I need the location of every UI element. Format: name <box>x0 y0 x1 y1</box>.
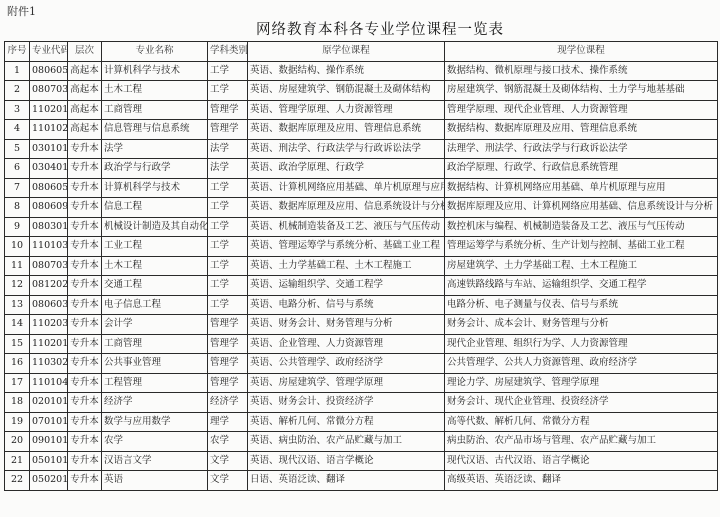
major-code-cell: 090101 <box>30 432 68 452</box>
level-cell: 专升本 <box>68 295 102 315</box>
old-degree-courses-cell: 英语、刑法学、行政法学与行政诉讼法学 <box>248 139 445 159</box>
old-degree-courses-cell: 英语、财务会计、财务管理与分析 <box>248 315 445 335</box>
row-number-cell: 11 <box>5 256 30 276</box>
level-cell: 专升本 <box>68 315 102 335</box>
major-code-cell: 080609Y <box>30 198 68 218</box>
subject-category-cell: 管理学 <box>208 373 248 393</box>
level-cell: 专升本 <box>68 354 102 374</box>
old-degree-courses-cell: 英语、企业管理、人力资源管理 <box>248 334 445 354</box>
major-name-cell: 政治学与行政学 <box>102 159 208 179</box>
header-major: 专业名称 <box>102 42 208 62</box>
document-title: 网络教育本科各专业学位课程一览表 <box>256 18 504 39</box>
table-row: 15110201专升本工商管理管理学英语、企业管理、人力资源管理现代企业管理、组… <box>5 334 718 354</box>
subject-category-cell: 管理学 <box>208 315 248 335</box>
table-row: 1080605高起本计算机科学与技术工学英语、数据结构、操作系统数据结构、微机原… <box>5 61 718 81</box>
major-name-cell: 机械设计制造及其自动化 <box>102 217 208 237</box>
major-code-cell: 030101 <box>30 139 68 159</box>
row-number-cell: 8 <box>5 198 30 218</box>
level-cell: 高起本 <box>68 100 102 120</box>
table-row: 18020101专升本经济学经济学英语、财务会计、投资经济学财务会计、现代企业管… <box>5 393 718 413</box>
table-row: 22050201专升本英语文学日语、英语泛读、翻译高级英语、英语泛读、翻译 <box>5 471 718 491</box>
major-name-cell: 工商管理 <box>102 334 208 354</box>
header-level: 层次 <box>68 42 102 62</box>
new-degree-courses-cell: 高等代数、解析几何、常微分方程 <box>445 412 718 432</box>
new-degree-courses-cell: 房屋建筑学、土力学基础工程、土木工程施工 <box>445 256 718 276</box>
subject-category-cell: 工学 <box>208 81 248 101</box>
new-degree-courses-cell: 房屋建筑学、钢筋混凝土及砌体结构、土力学与地基基础 <box>445 81 718 101</box>
old-degree-courses-cell: 英语、病虫防治、农产品贮藏与加工 <box>248 432 445 452</box>
subject-category-cell: 理学 <box>208 412 248 432</box>
major-name-cell: 法学 <box>102 139 208 159</box>
new-degree-courses-cell: 理论力学、房屋建筑学、管理学原理 <box>445 373 718 393</box>
row-number-cell: 10 <box>5 237 30 257</box>
table-row: 3110201高起本工商管理管理学英语、管理学原理、人力资源管理管理学原理、现代… <box>5 100 718 120</box>
attachment-label: 附件1 <box>7 3 36 19</box>
level-cell: 高起本 <box>68 81 102 101</box>
new-degree-courses-cell: 管理运筹学与系统分析、生产计划与控制、基础工业工程 <box>445 237 718 257</box>
level-cell: 专升本 <box>68 217 102 237</box>
level-cell: 专升本 <box>68 393 102 413</box>
new-degree-courses-cell: 数据库原理及应用、计算机网络应用基础、信息系统设计与分析 <box>445 198 718 218</box>
table-row: 16110302专升本公共事业管理管理学英语、公共管理学、政府经济学公共管理学、… <box>5 354 718 374</box>
table-row: 4110102高起本信息管理与信息系统管理学英语、数据库原理及应用、管理信息系统… <box>5 120 718 140</box>
level-cell: 高起本 <box>68 120 102 140</box>
new-degree-courses-cell: 财务会计、成本会计、财务管理与分析 <box>445 315 718 335</box>
row-number-cell: 4 <box>5 120 30 140</box>
major-code-cell: 080605 <box>30 61 68 81</box>
major-code-cell: 110102 <box>30 120 68 140</box>
table-row: 2080703高起本土木工程工学英语、房屋建筑学、钢筋混凝土及砌体结构房屋建筑学… <box>5 81 718 101</box>
table-row: 21050101专升本汉语言文学文学英语、现代汉语、语言学概论现代汉语、古代汉语… <box>5 451 718 471</box>
row-number-cell: 16 <box>5 354 30 374</box>
old-degree-courses-cell: 英语、土力学基础工程、土木工程施工 <box>248 256 445 276</box>
table-row: 6030401专升本政治学与行政学法学英语、政治学原理、行政学政治学原理、行政学… <box>5 159 718 179</box>
major-name-cell: 农学 <box>102 432 208 452</box>
major-code-cell: 080605 <box>30 178 68 198</box>
old-degree-courses-cell: 英语、管理学原理、人力资源管理 <box>248 100 445 120</box>
new-degree-courses-cell: 数控机床与编程、机械制造装备及工艺、液压与气压传动 <box>445 217 718 237</box>
subject-category-cell: 管理学 <box>208 100 248 120</box>
major-name-cell: 电子信息工程 <box>102 295 208 315</box>
subject-category-cell: 文学 <box>208 471 248 491</box>
major-name-cell: 经济学 <box>102 393 208 413</box>
new-degree-courses-cell: 数据结构、数据库原理及应用、管理信息系统 <box>445 120 718 140</box>
subject-category-cell: 文学 <box>208 451 248 471</box>
table-row: 19070101专升本数学与应用数学理学英语、解析几何、常微分方程高等代数、解析… <box>5 412 718 432</box>
table-row: 5030101专升本法学法学英语、刑法学、行政法学与行政诉讼法学法理学、刑法学、… <box>5 139 718 159</box>
row-number-cell: 5 <box>5 139 30 159</box>
major-code-cell: 110203 <box>30 315 68 335</box>
level-cell: 专升本 <box>68 178 102 198</box>
subject-category-cell: 工学 <box>208 217 248 237</box>
subject-category-cell: 工学 <box>208 61 248 81</box>
major-name-cell: 信息工程 <box>102 198 208 218</box>
major-code-cell: 110201 <box>30 334 68 354</box>
row-number-cell: 9 <box>5 217 30 237</box>
major-name-cell: 土木工程 <box>102 256 208 276</box>
major-code-cell: 081202 <box>30 276 68 296</box>
level-cell: 专升本 <box>68 276 102 296</box>
new-degree-courses-cell: 高速铁路线路与车站、运输组织学、交通工程学 <box>445 276 718 296</box>
subject-category-cell: 经济学 <box>208 393 248 413</box>
old-degree-courses-cell: 英语、数据库原理及应用、管理信息系统 <box>248 120 445 140</box>
header-new-courses: 现学位课程 <box>445 42 718 62</box>
old-degree-courses-cell: 英语、房屋建筑学、钢筋混凝土及砌体结构 <box>248 81 445 101</box>
old-degree-courses-cell: 英语、数据库原理及应用、信息系统设计与分析 <box>248 198 445 218</box>
row-number-cell: 21 <box>5 451 30 471</box>
level-cell: 高起本 <box>68 61 102 81</box>
new-degree-courses-cell: 高级英语、英语泛读、翻译 <box>445 471 718 491</box>
level-cell: 专升本 <box>68 159 102 179</box>
new-degree-courses-cell: 法理学、刑法学、行政法学与行政诉讼法学 <box>445 139 718 159</box>
level-cell: 专升本 <box>68 237 102 257</box>
major-code-cell: 110201 <box>30 100 68 120</box>
level-cell: 专升本 <box>68 256 102 276</box>
old-degree-courses-cell: 英语、运输组织学、交通工程学 <box>248 276 445 296</box>
subject-category-cell: 工学 <box>208 178 248 198</box>
major-code-cell: 110103 <box>30 237 68 257</box>
table-row: 12081202专升本交通工程工学英语、运输组织学、交通工程学高速铁路线路与车站… <box>5 276 718 296</box>
new-degree-courses-cell: 病虫防治、农产品市场与管理、农产品贮藏与加工 <box>445 432 718 452</box>
level-cell: 专升本 <box>68 412 102 432</box>
subject-category-cell: 工学 <box>208 256 248 276</box>
new-degree-courses-cell: 现代企业管理、组织行为学、人力资源管理 <box>445 334 718 354</box>
subject-category-cell: 管理学 <box>208 334 248 354</box>
new-degree-courses-cell: 公共管理学、公共人力资源管理、政府经济学 <box>445 354 718 374</box>
major-code-cell: 110302 <box>30 354 68 374</box>
header-no: 序号 <box>5 42 30 62</box>
major-name-cell: 计算机科学与技术 <box>102 61 208 81</box>
major-name-cell: 英语 <box>102 471 208 491</box>
new-degree-courses-cell: 现代汉语、古代汉语、语言学概论 <box>445 451 718 471</box>
new-degree-courses-cell: 管理学原理、现代企业管理、人力资源管理 <box>445 100 718 120</box>
row-number-cell: 17 <box>5 373 30 393</box>
major-code-cell: 080603 <box>30 295 68 315</box>
old-degree-courses-cell: 英语、房屋建筑学、管理学原理 <box>248 373 445 393</box>
major-code-cell: 020101 <box>30 393 68 413</box>
old-degree-courses-cell: 英语、公共管理学、政府经济学 <box>248 354 445 374</box>
subject-category-cell: 农学 <box>208 432 248 452</box>
table-row: 9080301专升本机械设计制造及其自动化工学英语、机械制造装备及工艺、液压与气… <box>5 217 718 237</box>
level-cell: 专升本 <box>68 334 102 354</box>
row-number-cell: 2 <box>5 81 30 101</box>
major-code-cell: 080703 <box>30 81 68 101</box>
major-code-cell: 110104 <box>30 373 68 393</box>
old-degree-courses-cell: 英语、数据结构、操作系统 <box>248 61 445 81</box>
new-degree-courses-cell: 电路分析、电子测量与仪表、信号与系统 <box>445 295 718 315</box>
table-row: 17110104专升本工程管理管理学英语、房屋建筑学、管理学原理理论力学、房屋建… <box>5 373 718 393</box>
subject-category-cell: 法学 <box>208 139 248 159</box>
major-name-cell: 土木工程 <box>102 81 208 101</box>
table-row: 8080609Y专升本信息工程工学英语、数据库原理及应用、信息系统设计与分析数据… <box>5 198 718 218</box>
old-degree-courses-cell: 英语、电路分析、信号与系统 <box>248 295 445 315</box>
table-row: 20090101专升本农学农学英语、病虫防治、农产品贮藏与加工病虫防治、农产品市… <box>5 432 718 452</box>
row-number-cell: 15 <box>5 334 30 354</box>
header-old-courses: 原学位课程 <box>248 42 445 62</box>
subject-category-cell: 工学 <box>208 198 248 218</box>
table-row: 11080703专升本土木工程工学英语、土力学基础工程、土木工程施工房屋建筑学、… <box>5 256 718 276</box>
major-name-cell: 会计学 <box>102 315 208 335</box>
subject-category-cell: 法学 <box>208 159 248 179</box>
old-degree-courses-cell: 英语、计算机网络应用基础、单片机原理与应用 <box>248 178 445 198</box>
old-degree-courses-cell: 英语、解析几何、常微分方程 <box>248 412 445 432</box>
row-number-cell: 12 <box>5 276 30 296</box>
row-number-cell: 6 <box>5 159 30 179</box>
subject-category-cell: 管理学 <box>208 120 248 140</box>
subject-category-cell: 管理学 <box>208 354 248 374</box>
subject-category-cell: 工学 <box>208 295 248 315</box>
row-number-cell: 14 <box>5 315 30 335</box>
major-name-cell: 信息管理与信息系统 <box>102 120 208 140</box>
table-row: 14110203专升本会计学管理学英语、财务会计、财务管理与分析财务会计、成本会… <box>5 315 718 335</box>
old-degree-courses-cell: 英语、现代汉语、语言学概论 <box>248 451 445 471</box>
major-code-cell: 070101 <box>30 412 68 432</box>
major-code-cell: 050201 <box>30 471 68 491</box>
subject-category-cell: 工学 <box>208 237 248 257</box>
row-number-cell: 19 <box>5 412 30 432</box>
row-number-cell: 1 <box>5 61 30 81</box>
major-name-cell: 工商管理 <box>102 100 208 120</box>
major-name-cell: 计算机科学与技术 <box>102 178 208 198</box>
row-number-cell: 3 <box>5 100 30 120</box>
major-code-cell: 080703 <box>30 256 68 276</box>
level-cell: 专升本 <box>68 451 102 471</box>
table-row: 13080603专升本电子信息工程工学英语、电路分析、信号与系统电路分析、电子测… <box>5 295 718 315</box>
subject-category-cell: 工学 <box>208 276 248 296</box>
old-degree-courses-cell: 日语、英语泛读、翻译 <box>248 471 445 491</box>
level-cell: 专升本 <box>68 139 102 159</box>
old-degree-courses-cell: 英语、财务会计、投资经济学 <box>248 393 445 413</box>
degree-courses-table: 序号 专业代码 层次 专业名称 学科类别 原学位课程 现学位课程 1080605… <box>4 41 718 491</box>
major-name-cell: 工业工程 <box>102 237 208 257</box>
major-code-cell: 080301 <box>30 217 68 237</box>
major-name-cell: 工程管理 <box>102 373 208 393</box>
header-category: 学科类别 <box>208 42 248 62</box>
header-code: 专业代码 <box>30 42 68 62</box>
major-code-cell: 030401 <box>30 159 68 179</box>
row-number-cell: 13 <box>5 295 30 315</box>
major-name-cell: 公共事业管理 <box>102 354 208 374</box>
new-degree-courses-cell: 数据结构、微机原理与接口技术、操作系统 <box>445 61 718 81</box>
level-cell: 专升本 <box>68 432 102 452</box>
row-number-cell: 20 <box>5 432 30 452</box>
new-degree-courses-cell: 数据结构、计算机网络应用基础、单片机原理与应用 <box>445 178 718 198</box>
row-number-cell: 7 <box>5 178 30 198</box>
old-degree-courses-cell: 英语、管理运筹学与系统分析、基础工业工程 <box>248 237 445 257</box>
major-name-cell: 汉语言文学 <box>102 451 208 471</box>
level-cell: 专升本 <box>68 373 102 393</box>
level-cell: 专升本 <box>68 471 102 491</box>
table-header-row: 序号 专业代码 层次 专业名称 学科类别 原学位课程 现学位课程 <box>5 42 718 62</box>
new-degree-courses-cell: 财务会计、现代企业管理、投资经济学 <box>445 393 718 413</box>
row-number-cell: 22 <box>5 471 30 491</box>
new-degree-courses-cell: 政治学原理、行政学、行政信息系统管理 <box>445 159 718 179</box>
level-cell: 专升本 <box>68 198 102 218</box>
table-row: 7080605专升本计算机科学与技术工学英语、计算机网络应用基础、单片机原理与应… <box>5 178 718 198</box>
old-degree-courses-cell: 英语、机械制造装备及工艺、液压与气压传动 <box>248 217 445 237</box>
major-name-cell: 数学与应用数学 <box>102 412 208 432</box>
table-row: 10110103专升本工业工程工学英语、管理运筹学与系统分析、基础工业工程管理运… <box>5 237 718 257</box>
row-number-cell: 18 <box>5 393 30 413</box>
major-name-cell: 交通工程 <box>102 276 208 296</box>
old-degree-courses-cell: 英语、政治学原理、行政学 <box>248 159 445 179</box>
major-code-cell: 050101 <box>30 451 68 471</box>
